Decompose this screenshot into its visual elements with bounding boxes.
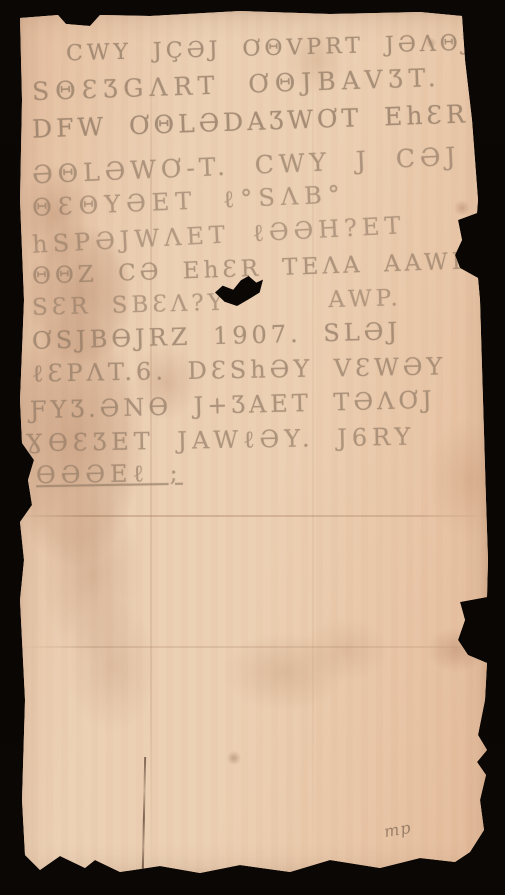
paper-tear-crack <box>142 757 146 869</box>
manuscript-line: ℓƐPΛT.6. DƐShƏY VƐWƏY <box>32 352 447 388</box>
manuscript-line: ƟƏƏEℓ ; <box>36 459 183 491</box>
manuscript-line: ƔƟƐƷET JAWℓƏY. J6RY <box>26 423 416 459</box>
manuscript-line: SƐR SBƐΛ?Y AWP. <box>32 285 402 321</box>
manuscript-line: SΘƐƷGΛRT ƠΘJBAVƷT. <box>32 63 442 106</box>
manuscript-line: DFW ƠΘLƏDAƷWƠT EhƐR <box>32 99 470 143</box>
manuscript-line: CWY JÇƏJ ƠΘVPRT JƏΛΘJ <box>66 31 475 67</box>
horizontal-fold-crease <box>16 646 490 648</box>
photograph-background: CWY JÇƏJ ƠΘVPRT JƏΛΘJ SΘƐƷGΛRT ƠΘJBAVƷT.… <box>0 0 505 895</box>
pencil-scribble: mp <box>383 818 413 841</box>
manuscript-paper: CWY JÇƏJ ƠΘVPRT JƏΛΘJ SΘƐƷGΛRT ƠΘJBAVƷT.… <box>16 10 490 876</box>
horizontal-fold-crease <box>16 515 490 517</box>
manuscript-line: ƏΘLƏWƠ-T. CWY J CƏJ <box>32 142 461 190</box>
manuscript-line: ƠSJBƟJRZ 1907. SLƏJ <box>32 317 402 355</box>
manuscript-line: ƑYƷ.ƏNƟ J+ƷAET TƏΛƠJ <box>30 386 436 425</box>
